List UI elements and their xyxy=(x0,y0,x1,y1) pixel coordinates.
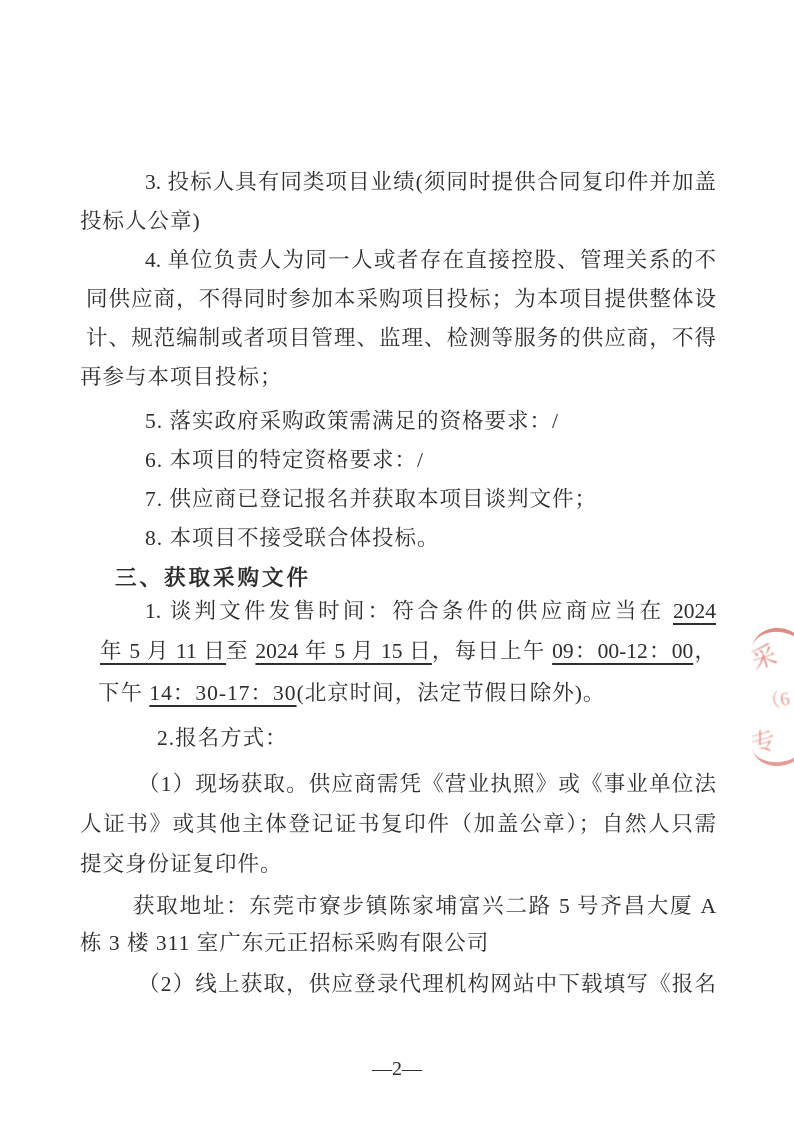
underlined-text: 14：30-17：30 xyxy=(149,681,296,705)
seal-arc-top-icon xyxy=(752,626,794,656)
text-segment: ， xyxy=(693,639,716,663)
text-segment: 三、获取采购文件 xyxy=(115,566,311,590)
text-line: （2）线上获取，供应登录代理机构网站中下载填写《报名 xyxy=(80,965,716,1004)
text-line: 5. 落实政府采购政策需满足的资格要求：/ xyxy=(80,402,716,441)
text-line: 同供应商，不得同时参加本采购项目投标；为本项目提供整体设 xyxy=(80,280,716,319)
text-segment: 2.报名方式： xyxy=(157,726,288,750)
text-segment: 再参与本项目投标； xyxy=(80,365,283,389)
text-segment: 栋 3 楼 311 室广东元正招标采购有限公司 xyxy=(80,931,489,955)
seal-character: （6 xyxy=(759,684,792,716)
text-segment: （2）线上获取，供应登录代理机构网站中下载填写《报名 xyxy=(138,972,716,996)
text-segment: 计、规范编制或者项目管理、监理、检测等服务的供应商，不得 xyxy=(86,326,716,350)
text-line: 栋 3 楼 311 室广东元正招标采购有限公司 xyxy=(80,924,716,963)
text-segment: 投标人公章) xyxy=(80,209,201,233)
text-segment: 同供应商，不得同时参加本采购项目投标；为本项目提供整体设 xyxy=(86,287,716,311)
text-segment: 提交身份证复印件。 xyxy=(80,852,283,876)
seal-character: 采 xyxy=(746,635,781,677)
underlined-text: 年 5 月 11 日 xyxy=(100,639,226,663)
text-line: 1. 谈判文件发售时间：符合条件的供应商应当在 2024 xyxy=(80,592,716,631)
document-body: 3. 投标人具有同类项目业绩(须同时提供合同复印件并加盖投标人公章)4. 单位负… xyxy=(80,163,716,1004)
text-segment: 至 xyxy=(226,639,255,663)
text-segment: ，每日上午 xyxy=(432,639,552,663)
text-segment: 6. 本项目的特定资格要求：/ xyxy=(145,448,424,472)
text-line: 年 5 月 11 日至 2024 年 5 月 15 日，每日上午 09：00-1… xyxy=(80,632,716,671)
text-segment: （1）现场获取。供应商需凭《营业执照》或《事业单位法 xyxy=(138,772,716,796)
text-line: 人证书》或其他主体登记证书复印件（加盖公章）；自然人只需 xyxy=(80,805,716,844)
underlined-text: 2024 xyxy=(673,599,716,623)
document-page: 3. 投标人具有同类项目业绩(须同时提供合同复印件并加盖投标人公章)4. 单位负… xyxy=(0,0,794,1123)
text-line: 6. 本项目的特定资格要求：/ xyxy=(80,441,716,480)
text-line: 8. 本项目不接受联合体投标。 xyxy=(80,519,716,558)
text-line: 下午 14：30-17：30(北京时间，法定节假日除外)。 xyxy=(80,674,716,713)
text-line: 再参与本项目投标； xyxy=(80,358,716,397)
text-line: 4. 单位负责人为同一人或者存在直接控股、管理关系的不 xyxy=(80,241,716,280)
underlined-text: 09：00-12：00 xyxy=(552,639,693,663)
text-line: 投标人公章) xyxy=(80,202,716,241)
text-line: 获取地址：东莞市寮步镇陈家埔富兴二路 5 号齐昌大厦 A xyxy=(80,887,716,926)
page-number: —2— xyxy=(0,1050,794,1089)
seal-arc-bottom-icon xyxy=(752,740,794,768)
text-segment: 1. 谈判文件发售时间：符合条件的供应商应当在 xyxy=(145,599,673,623)
text-line: 2.报名方式： xyxy=(80,719,716,758)
text-segment: 下午 xyxy=(98,681,149,705)
text-line: 7. 供应商已登记报名并获取本项目谈判文件； xyxy=(80,480,716,519)
text-segment: 5. 落实政府采购政策需满足的资格要求：/ xyxy=(145,409,559,433)
text-line: 3. 投标人具有同类项目业绩(须同时提供合同复印件并加盖 xyxy=(80,163,716,202)
text-segment: 人证书》或其他主体登记证书复印件（加盖公章）；自然人只需 xyxy=(80,812,716,836)
text-segment: (北京时间，法定节假日除外)。 xyxy=(297,681,606,705)
official-seal-stamp: 采（6专 xyxy=(744,624,794,774)
text-line: 计、规范编制或者项目管理、监理、检测等服务的供应商，不得 xyxy=(80,319,716,358)
text-line: （1）现场获取。供应商需凭《营业执照》或《事业单位法 xyxy=(80,765,716,804)
text-segment: 7. 供应商已登记报名并获取本项目谈判文件； xyxy=(145,487,597,511)
text-segment: 4. 单位负责人为同一人或者存在直接控股、管理关系的不 xyxy=(145,248,716,272)
underlined-text: 2024 年 5 月 15 日 xyxy=(255,639,431,663)
seal-character: 专 xyxy=(747,719,780,759)
text-segment: 8. 本项目不接受联合体投标。 xyxy=(145,526,440,550)
text-segment: 3. 投标人具有同类项目业绩(须同时提供合同复印件并加盖 xyxy=(145,170,716,194)
text-line: 提交身份证复印件。 xyxy=(80,845,716,884)
text-segment: 获取地址：东莞市寮步镇陈家埔富兴二路 5 号齐昌大厦 A xyxy=(133,894,716,918)
